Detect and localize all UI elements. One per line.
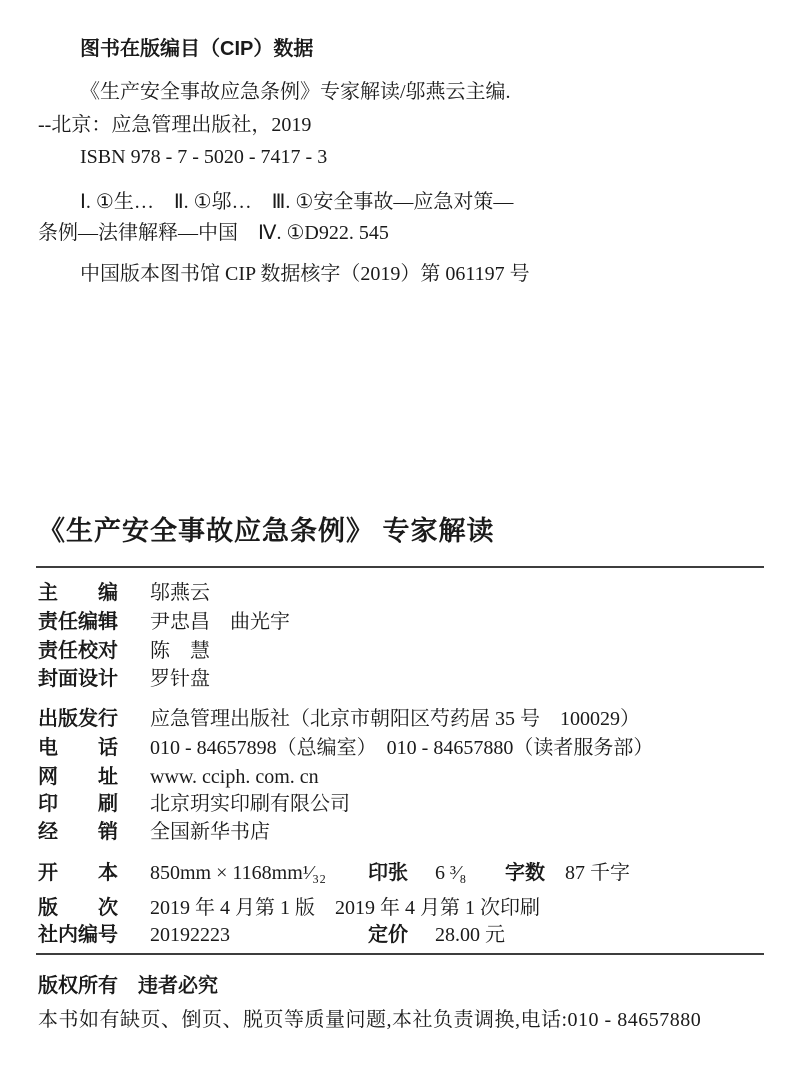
distributor-value: 全国新华书店 (150, 819, 270, 845)
word-count-label: 字数 (505, 860, 545, 886)
printer-label: 印 刷 (38, 791, 118, 817)
divider-bottom (36, 953, 764, 955)
responsible-editor-label: 责任编辑 (38, 609, 118, 635)
sheets-value: 6 ³⁄₈ (435, 860, 466, 886)
edition-label: 版 次 (38, 895, 118, 921)
internal-number-value: 20192223 (150, 922, 230, 948)
cip-description-line1: 《生产安全事故应急条例》专家解读/邬燕云主编. (80, 79, 511, 105)
word-count-value: 87 千字 (565, 860, 630, 886)
phone-label: 电 话 (38, 735, 118, 761)
responsible-editor-value: 尹忠昌 曲光宇 (150, 609, 290, 635)
cip-classification-line1: Ⅰ. ①生… Ⅱ. ①邬… Ⅲ. ①安全事故—应急对策— (80, 189, 513, 215)
phone-value: 010 - 84657898（总编室） 010 - 84657880（读者服务部… (150, 735, 653, 761)
cip-description-line2: --北京：应急管理出版社，2019 (38, 112, 311, 138)
sheets-label: 印张 (368, 860, 408, 886)
chief-editor-label: 主 编 (38, 580, 118, 606)
publisher-label: 出版发行 (38, 706, 118, 732)
website-label: 网 址 (38, 764, 118, 790)
chief-editor-value: 邬燕云 (150, 580, 210, 606)
edition-value: 2019 年 4 月第 1 版 2019 年 4 月第 1 次印刷 (150, 895, 540, 921)
copyright-page: 图书在版编目（CIP）数据 《生产安全事故应急条例》专家解读/邬燕云主编. --… (0, 0, 800, 1078)
cover-design-value: 罗针盘 (150, 666, 210, 692)
printer-value: 北京玥实印刷有限公司 (150, 791, 350, 817)
proofreader-label: 责任校对 (38, 638, 118, 664)
cover-design-label: 封面设计 (38, 666, 118, 692)
cip-isbn: ISBN 978 - 7 - 5020 - 7417 - 3 (80, 144, 327, 170)
quality-notice: 本书如有缺页、倒页、脱页等质量问题,本社负责调换,电话:010 - 846578… (38, 1007, 701, 1033)
price-value: 28.00 元 (435, 922, 505, 948)
cip-record-number: 中国版本图书馆 CIP 数据核字（2019）第 061197 号 (80, 261, 530, 287)
trim-size-value: 850mm × 1168mm¹⁄₃₂ (150, 860, 326, 886)
cip-header: 图书在版编目（CIP）数据 (80, 36, 313, 62)
price-label: 定价 (368, 922, 408, 948)
proofreader-value: 陈 慧 (150, 638, 210, 664)
website-value: www. cciph. com. cn (150, 764, 319, 790)
divider-top (36, 566, 764, 568)
trim-size-label: 开 本 (38, 860, 118, 886)
copyright-statement: 版权所有 违者必究 (38, 973, 218, 999)
book-title: 《生产安全事故应急条例》 专家解读 (38, 514, 495, 548)
internal-number-label: 社内编号 (38, 922, 118, 948)
distributor-label: 经 销 (38, 819, 118, 845)
cip-classification-line2: 条例—法律解释—中国 Ⅳ. ①D922. 545 (38, 220, 389, 246)
publisher-value: 应急管理出版社（北京市朝阳区芍药居 35 号 100029） (150, 706, 640, 732)
